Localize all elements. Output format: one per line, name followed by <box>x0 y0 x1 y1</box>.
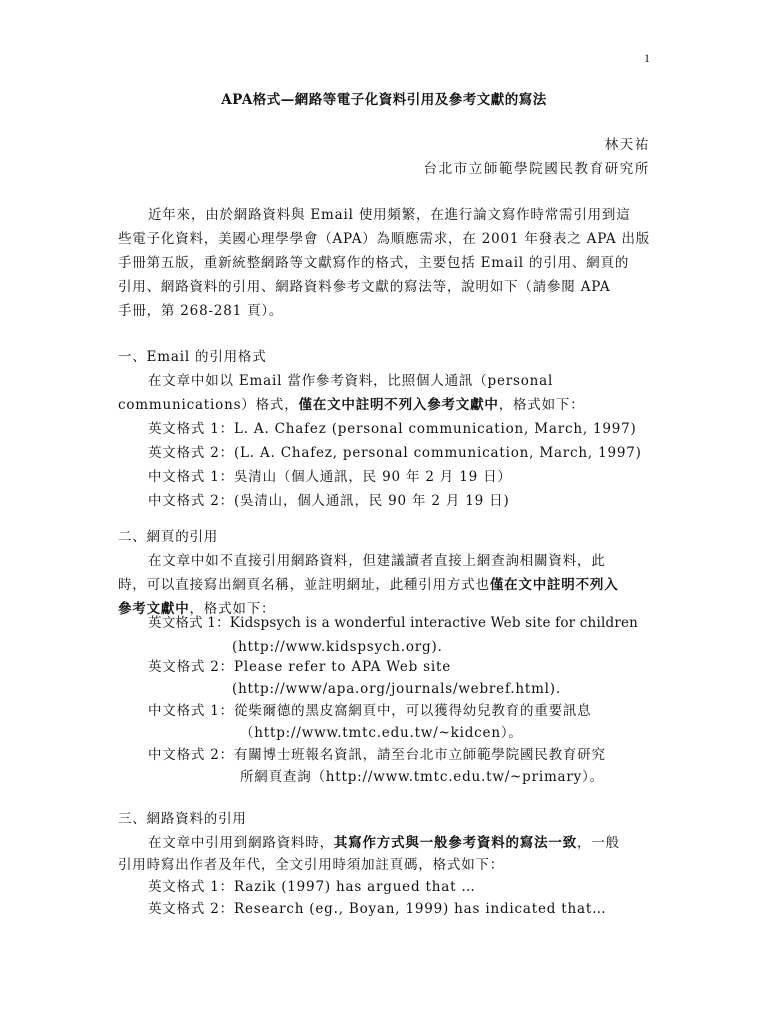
section-1-para: 在文章中如以 Email 當作參考資料，比照個人通訊（personal <box>148 370 553 392</box>
text: 時，可以直接寫出網頁名稱，並註明網址，此種引用方式也 <box>118 577 490 593</box>
text: ，一般 <box>577 835 620 851</box>
example-line: 中文格式 2：(吳清山，個人通訊，民 90 年 2 月 19 日) <box>148 490 510 512</box>
author-name: 林天祐 <box>605 133 650 153</box>
text: ，格式如下： <box>499 397 585 413</box>
section-2-para: 在文章中如不直接引用網路資料，但建議讀者直接上網查詢相關資料，此 <box>148 550 606 572</box>
document-title: APA格式—網路等電子化資料引用及參考文獻的寫法 <box>0 88 768 108</box>
intro-line: 近年來，由於網路資料與 Email 使用頻繁，在進行論文寫作時常需引用到這 <box>148 204 631 226</box>
section-3-para: 引用時寫出作者及年代，全文引用時須加註頁碼，格式如下： <box>118 854 504 876</box>
example-line: 中文格式 1：吳清山（個人通訊，民 90 年 2 月 19 日） <box>148 466 512 488</box>
section-1-para: communications）格式，僅在文中註明不列入參考文獻中，格式如下： <box>118 394 585 416</box>
emphasis: 僅在文中註明不列入 <box>490 577 619 593</box>
example-line: 英文格式 2：Research (eg., Boyan, 1999) has i… <box>148 898 606 920</box>
example-line: 英文格式 2：Please refer to APA Web site <box>148 656 451 678</box>
page-number: 1 <box>644 51 650 66</box>
example-line: 英文格式 1：L. A. Chafez (personal communicat… <box>148 418 637 440</box>
example-line: 英文格式 2：(L. A. Chafez, personal communica… <box>148 442 642 464</box>
text: 在文章中引用到網路資料時， <box>148 835 334 851</box>
intro-line: 些電子化資料，美國心理學學會（APA）為順應需求，在 2001 年發表之 APA… <box>118 228 650 250</box>
example-line: 中文格式 2：有關博士班報名資訊，請至台北市立師範學院國民教育研究 <box>148 744 606 766</box>
section-2-para: 時，可以直接寫出網頁名稱，並註明網址，此種引用方式也僅在文中註明不列入 <box>118 574 619 596</box>
section-3-heading: 三、網路資料的引用 <box>118 808 247 830</box>
example-url: (http://www/apa.org/journals/webref.html… <box>232 678 561 700</box>
emphasis: 其寫作方式與一般參考資料的寫法一致 <box>334 835 577 851</box>
emphasis: 僅在文中註明不列入參考文獻中 <box>299 397 499 413</box>
intro-line: 引用、網路資料的引用、網路資料參考文獻的寫法等，說明如下（請參閱 APA <box>118 276 610 298</box>
example-url: (http://www.kidspsych.org). <box>232 636 443 658</box>
section-2-heading: 二、網頁的引用 <box>118 526 218 548</box>
example-line: 英文格式 1：Razik (1997) has argued that … <box>148 876 476 898</box>
example-url: （http://www.tmtc.edu.tw/~kidcen）。 <box>240 722 523 744</box>
text: communications）格式， <box>118 397 299 413</box>
example-url: 所網頁查詢（http://www.tmtc.edu.tw/~primary）。 <box>240 766 604 788</box>
intro-line: 手冊，第 268-281 頁）。 <box>118 300 283 322</box>
example-line: 中文格式 1：從柴爾德的黑皮窩網頁中，可以獲得幼兒教育的重要訊息 <box>148 700 591 722</box>
section-1-heading: 一、Email 的引用格式 <box>118 346 267 368</box>
author-affiliation: 台北市立師範學院國民教育研究所 <box>424 157 651 177</box>
section-3-para: 在文章中引用到網路資料時，其寫作方式與一般參考資料的寫法一致，一般 <box>148 832 620 854</box>
intro-line: 手冊第五版，重新統整網路等文獻寫作的格式，主要包括 Email 的引用、網頁的 <box>118 252 629 274</box>
example-line: 英文格式 1：Kidspsych is a wonderful interact… <box>148 612 638 634</box>
